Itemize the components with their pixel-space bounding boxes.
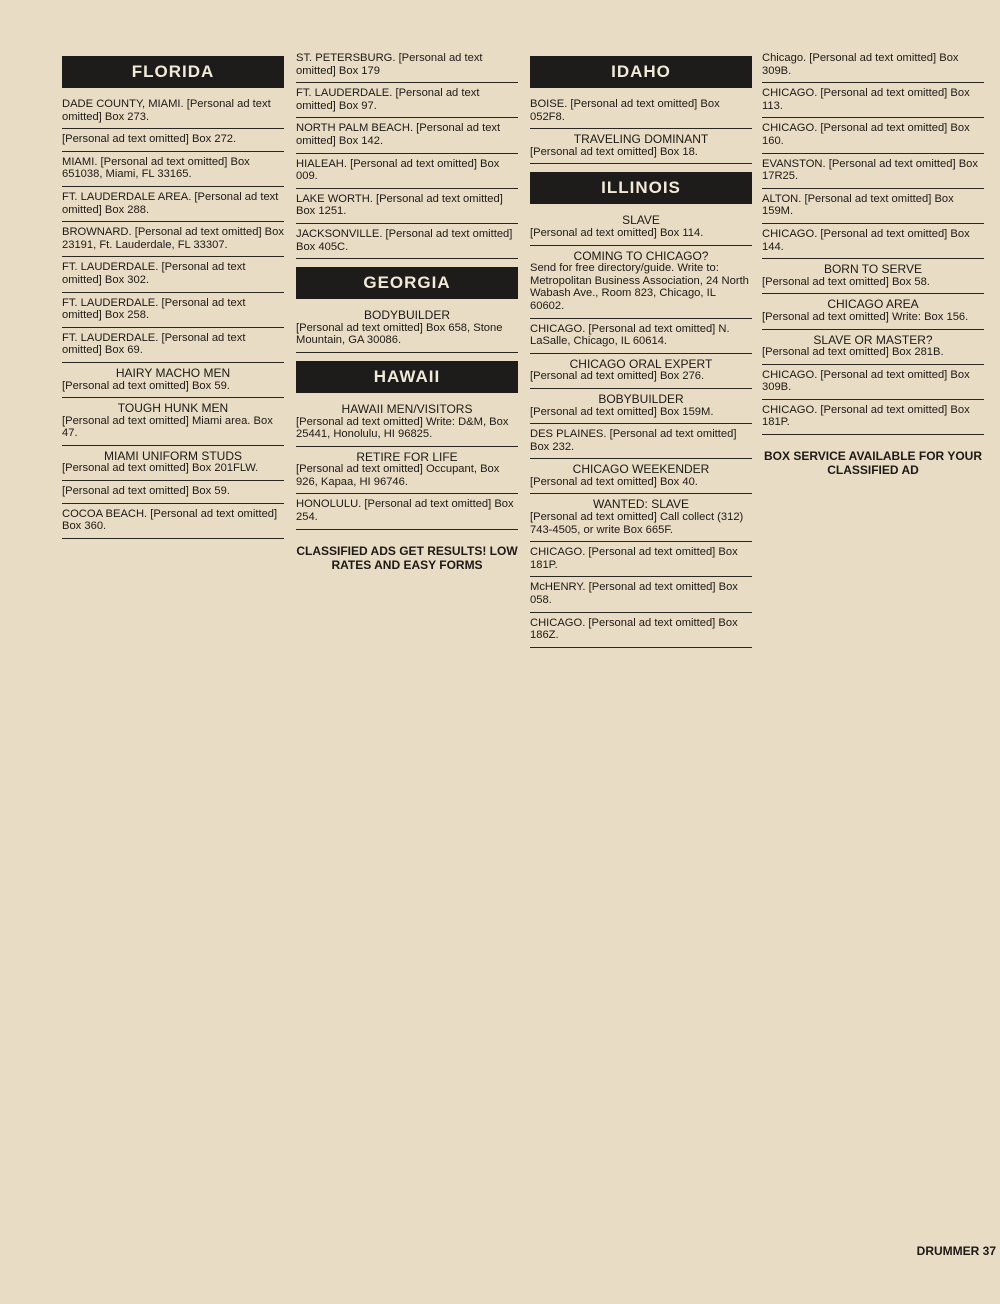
classified-ad: EVANSTON. [Personal ad text omitted] Box… bbox=[762, 154, 984, 189]
classified-ad: CHICAGO AREA[Personal ad text omitted] W… bbox=[762, 294, 984, 329]
classified-ad: CHICAGO. [Personal ad text omitted] N. L… bbox=[530, 319, 752, 354]
ad-body: [Personal ad text omitted] Call collect … bbox=[530, 511, 752, 536]
ad-title: TRAVELING DOMINANT bbox=[530, 133, 752, 146]
ad-body: [Personal ad text omitted] Box 59. bbox=[62, 485, 284, 498]
state-header: HAWAII bbox=[296, 361, 518, 393]
ad-body: DADE COUNTY, MIAMI. [Personal ad text om… bbox=[62, 98, 284, 123]
classified-ad: DADE COUNTY, MIAMI. [Personal ad text om… bbox=[62, 94, 284, 129]
state-header: GEORGIA bbox=[296, 267, 518, 299]
ad-body: CHICAGO. [Personal ad text omitted] Box … bbox=[762, 87, 984, 112]
classified-ad: LAKE WORTH. [Personal ad text omitted] B… bbox=[296, 189, 518, 224]
ad-body: FT. LAUDERDALE. [Personal ad text omitte… bbox=[62, 297, 284, 322]
classified-ad: FT. LAUDERDALE. [Personal ad text omitte… bbox=[62, 328, 284, 363]
ad-body: BROWNARD. [Personal ad text omitted] Box… bbox=[62, 226, 284, 251]
classified-ad: BOISE. [Personal ad text omitted] Box 05… bbox=[530, 94, 752, 129]
classified-ad: RETIRE FOR LIFE[Personal ad text omitted… bbox=[296, 447, 518, 495]
ad-body: [Personal ad text omitted] Write: D&M, B… bbox=[296, 416, 518, 441]
state-header: ILLINOIS bbox=[530, 172, 752, 204]
ad-body: FT. LAUDERDALE AREA. [Personal ad text o… bbox=[62, 191, 284, 216]
ad-title: SLAVE OR MASTER? bbox=[762, 334, 984, 347]
ad-body: CHICAGO. [Personal ad text omitted] Box … bbox=[762, 404, 984, 429]
magazine-page: FLORIDADADE COUNTY, MIAMI. [Personal ad … bbox=[0, 0, 1000, 1304]
column-1: FLORIDADADE COUNTY, MIAMI. [Personal ad … bbox=[62, 48, 284, 539]
classified-ad: CHICAGO. [Personal ad text omitted] Box … bbox=[762, 365, 984, 400]
ad-body: CHICAGO. [Personal ad text omitted] Box … bbox=[530, 546, 752, 571]
classified-ad: CHICAGO. [Personal ad text omitted] Box … bbox=[530, 613, 752, 648]
classified-ad: MIAMI UNIFORM STUDS[Personal ad text omi… bbox=[62, 446, 284, 481]
ad-body: [Personal ad text omitted] Box 40. bbox=[530, 476, 752, 489]
state-header: FLORIDA bbox=[62, 56, 284, 88]
classified-ad: HONOLULU. [Personal ad text omitted] Box… bbox=[296, 494, 518, 529]
ad-body: [Personal ad text omitted] Write: Box 15… bbox=[762, 311, 984, 324]
ad-title: WANTED: SLAVE bbox=[530, 498, 752, 511]
classified-ad: BROWNARD. [Personal ad text omitted] Box… bbox=[62, 222, 284, 257]
classified-ad: BODYBUILDER[Personal ad text omitted] Bo… bbox=[296, 305, 518, 353]
classified-ad: DES PLAINES. [Personal ad text omitted] … bbox=[530, 424, 752, 459]
classified-ad: CHICAGO. [Personal ad text omitted] Box … bbox=[762, 83, 984, 118]
classified-ad: JACKSONVILLE. [Personal ad text omitted]… bbox=[296, 224, 518, 259]
ad-title: BOBYBUILDER bbox=[530, 393, 752, 406]
ad-body: LAKE WORTH. [Personal ad text omitted] B… bbox=[296, 193, 518, 218]
ad-body: ALTON. [Personal ad text omitted] Box 15… bbox=[762, 193, 984, 218]
ad-title: BORN TO SERVE bbox=[762, 263, 984, 276]
footer-notice: CLASSIFIED ADS GET RESULTS! LOW RATES AN… bbox=[296, 544, 518, 572]
ad-body: MIAMI. [Personal ad text omitted] Box 65… bbox=[62, 156, 284, 181]
ad-body: JACKSONVILLE. [Personal ad text omitted]… bbox=[296, 228, 518, 253]
ad-title: CHICAGO ORAL EXPERT bbox=[530, 358, 752, 371]
classified-ad: [Personal ad text omitted] Box 59. bbox=[62, 481, 284, 504]
ad-title: SLAVE bbox=[530, 214, 752, 227]
state-header: IDAHO bbox=[530, 56, 752, 88]
classified-ad: [Personal ad text omitted] Box 272. bbox=[62, 129, 284, 152]
ad-title: TOUGH HUNK MEN bbox=[62, 402, 284, 415]
classified-ad: CHICAGO. [Personal ad text omitted] Box … bbox=[762, 118, 984, 153]
ad-title: HAIRY MACHO MEN bbox=[62, 367, 284, 380]
classified-ad: ST. PETERSBURG. [Personal ad text omitte… bbox=[296, 48, 518, 83]
ad-body: FT. LAUDERDALE. [Personal ad text omitte… bbox=[62, 332, 284, 357]
classified-ad: CHICAGO WEEKENDER[Personal ad text omitt… bbox=[530, 459, 752, 494]
ad-title: MIAMI UNIFORM STUDS bbox=[62, 450, 284, 463]
ad-body: FT. LAUDERDALE. [Personal ad text omitte… bbox=[296, 87, 518, 112]
ad-body: [Personal ad text omitted] Box 58. bbox=[762, 276, 984, 289]
ad-body: McHENRY. [Personal ad text omitted] Box … bbox=[530, 581, 752, 606]
ad-body: Chicago. [Personal ad text omitted] Box … bbox=[762, 52, 984, 77]
classified-ad: CHICAGO. [Personal ad text omitted] Box … bbox=[762, 400, 984, 435]
classified-ad: SLAVE[Personal ad text omitted] Box 114. bbox=[530, 210, 752, 245]
ad-body: [Personal ad text omitted] Box 59. bbox=[62, 380, 284, 393]
page-number: DRUMMER 37 bbox=[917, 1244, 996, 1258]
ad-title: COMING TO CHICAGO? bbox=[530, 250, 752, 263]
classified-ad: TOUGH HUNK MEN[Personal ad text omitted]… bbox=[62, 398, 284, 446]
ad-body: COCOA BEACH. [Personal ad text omitted] … bbox=[62, 508, 284, 533]
ad-body: [Personal ad text omitted] Box 201FLW. bbox=[62, 462, 284, 475]
classified-ad: MIAMI. [Personal ad text omitted] Box 65… bbox=[62, 152, 284, 187]
ad-body: CHICAGO. [Personal ad text omitted] Box … bbox=[762, 369, 984, 394]
ad-body: EVANSTON. [Personal ad text omitted] Box… bbox=[762, 158, 984, 183]
ad-body: DES PLAINES. [Personal ad text omitted] … bbox=[530, 428, 752, 453]
ad-body: NORTH PALM BEACH. [Personal ad text omit… bbox=[296, 122, 518, 147]
ad-body: ST. PETERSBURG. [Personal ad text omitte… bbox=[296, 52, 518, 77]
ad-body: [Personal ad text omitted] Box 18. bbox=[530, 146, 752, 159]
ad-body: Send for free directory/guide. Write to:… bbox=[530, 262, 752, 312]
ad-body: CHICAGO. [Personal ad text omitted] Box … bbox=[530, 617, 752, 642]
classified-ad: HIALEAH. [Personal ad text omitted] Box … bbox=[296, 154, 518, 189]
classified-ad: FT. LAUDERDALE. [Personal ad text omitte… bbox=[62, 293, 284, 328]
classified-ad: HAWAII MEN/VISITORS[Personal ad text omi… bbox=[296, 399, 518, 447]
classified-ad: ALTON. [Personal ad text omitted] Box 15… bbox=[762, 189, 984, 224]
ad-body: HIALEAH. [Personal ad text omitted] Box … bbox=[296, 158, 518, 183]
classified-ad: WANTED: SLAVE[Personal ad text omitted] … bbox=[530, 494, 752, 542]
ad-body: HONOLULU. [Personal ad text omitted] Box… bbox=[296, 498, 518, 523]
ad-title: RETIRE FOR LIFE bbox=[296, 451, 518, 464]
classified-ad: CHICAGO. [Personal ad text omitted] Box … bbox=[530, 542, 752, 577]
ad-body: FT. LAUDERDALE. [Personal ad text omitte… bbox=[62, 261, 284, 286]
classified-ad: NORTH PALM BEACH. [Personal ad text omit… bbox=[296, 118, 518, 153]
ad-title: BODYBUILDER bbox=[296, 309, 518, 322]
classified-ad: Chicago. [Personal ad text omitted] Box … bbox=[762, 48, 984, 83]
classified-ad: McHENRY. [Personal ad text omitted] Box … bbox=[530, 577, 752, 612]
classified-ad: FT. LAUDERDALE AREA. [Personal ad text o… bbox=[62, 187, 284, 222]
ad-title: CHICAGO AREA bbox=[762, 298, 984, 311]
footer-notice: BOX SERVICE AVAILABLE FOR YOUR CLASSIFIE… bbox=[762, 449, 984, 477]
ad-body: [Personal ad text omitted] Occupant, Box… bbox=[296, 463, 518, 488]
ad-body: CHICAGO. [Personal ad text omitted] Box … bbox=[762, 122, 984, 147]
ad-body: BOISE. [Personal ad text omitted] Box 05… bbox=[530, 98, 752, 123]
ad-body: [Personal ad text omitted] Box 114. bbox=[530, 227, 752, 240]
ad-title: HAWAII MEN/VISITORS bbox=[296, 403, 518, 416]
column-4: Chicago. [Personal ad text omitted] Box … bbox=[762, 48, 984, 477]
classified-ad: SLAVE OR MASTER?[Personal ad text omitte… bbox=[762, 330, 984, 365]
classified-ad: CHICAGO. [Personal ad text omitted] Box … bbox=[762, 224, 984, 259]
ad-body: [Personal ad text omitted] Box 658, Ston… bbox=[296, 322, 518, 347]
ad-body: [Personal ad text omitted] Box 276. bbox=[530, 370, 752, 383]
ad-body: CHICAGO. [Personal ad text omitted] N. L… bbox=[530, 323, 752, 348]
classified-ad: CHICAGO ORAL EXPERT[Personal ad text omi… bbox=[530, 354, 752, 389]
ad-title: CHICAGO WEEKENDER bbox=[530, 463, 752, 476]
classified-ad: BOBYBUILDER[Personal ad text omitted] Bo… bbox=[530, 389, 752, 424]
classified-ad: HAIRY MACHO MEN[Personal ad text omitted… bbox=[62, 363, 284, 398]
ad-body: [Personal ad text omitted] Miami area. B… bbox=[62, 415, 284, 440]
classified-ad: FT. LAUDERDALE. [Personal ad text omitte… bbox=[62, 257, 284, 292]
classified-ad: BORN TO SERVE[Personal ad text omitted] … bbox=[762, 259, 984, 294]
ad-body: [Personal ad text omitted] Box 159M. bbox=[530, 406, 752, 419]
column-3: IDAHOBOISE. [Personal ad text omitted] B… bbox=[530, 48, 752, 648]
classified-ad: COCOA BEACH. [Personal ad text omitted] … bbox=[62, 504, 284, 539]
classified-ad: TRAVELING DOMINANT[Personal ad text omit… bbox=[530, 129, 752, 164]
column-2: ST. PETERSBURG. [Personal ad text omitte… bbox=[296, 48, 518, 572]
classified-ad: FT. LAUDERDALE. [Personal ad text omitte… bbox=[296, 83, 518, 118]
ad-body: [Personal ad text omitted] Box 272. bbox=[62, 133, 284, 146]
ad-body: [Personal ad text omitted] Box 281B. bbox=[762, 346, 984, 359]
classified-ad: COMING TO CHICAGO?Send for free director… bbox=[530, 246, 752, 319]
ad-body: CHICAGO. [Personal ad text omitted] Box … bbox=[762, 228, 984, 253]
